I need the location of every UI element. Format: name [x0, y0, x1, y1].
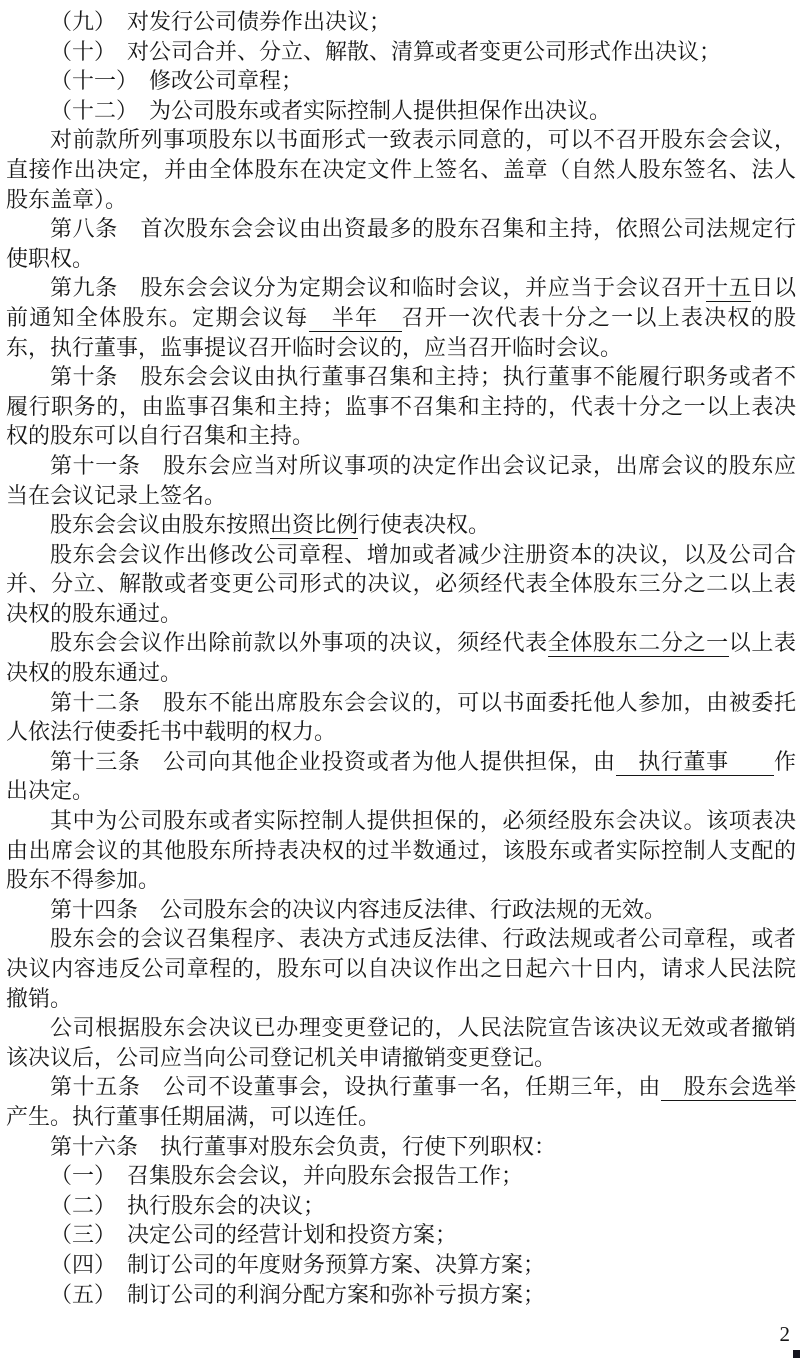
paragraph: 对前款所列事项股东以书面形式一致表示同意的，可以不召开股东会会议，直接作出决定，…	[6, 125, 796, 214]
underlined-blank: 股东会选举	[661, 1074, 796, 1101]
text-run: （二） 执行股东会的决议；	[50, 1193, 325, 1218]
text-run: 第十条 股东会会议由执行董事召集和主持；执行董事不能履行职务或者不履行职务的，由…	[6, 364, 796, 448]
list-item: （十二） 为公司股东或者实际控制人提供担保作出决议。	[6, 96, 796, 126]
text-run: （十） 对公司合并、分立、解散、清算或者变更公司形式作出决议；	[50, 39, 721, 64]
text-run: 股东会会议由股东按照	[50, 512, 270, 537]
text-run: 对前款所列事项股东以书面形式一致表示同意的，可以不召开股东会会议，直接作出决定，…	[6, 127, 796, 211]
underlined-blank: 全体股东二分之一	[548, 630, 729, 657]
text-run: （十一） 修改公司章程；	[50, 68, 303, 93]
paragraph: 第八条 首次股东会会议由出资最多的股东召集和主持，依照公司法规定行使职权。	[6, 214, 796, 273]
text-run: （九） 对发行公司债券作出决议；	[50, 9, 391, 34]
text-run: 公司根据股东会决议已办理变更登记的，人民法院宣告该决议无效或者撤销该决议后，公司…	[6, 1015, 796, 1070]
text-run: 第十五条 公司不设董事会，设执行董事一名，任期三年，由	[50, 1074, 661, 1099]
scan-artifact-mark	[793, 1350, 800, 1358]
text-run: 股东会的会议召集程序、表决方式违反法律、行政法规或者公司章程，或者决议内容违反公…	[6, 926, 796, 1010]
paragraph: 第十五条 公司不设董事会，设执行董事一名，任期三年，由 股东会选举产生。执行董事…	[6, 1072, 796, 1131]
text-run: 产生。执行董事任期届满，可以连任。	[6, 1104, 380, 1129]
text-run: 第十四条 公司股东会的决议内容违反法律、行政法规的无效。	[50, 897, 666, 922]
text-run: 第八条 首次股东会会议由出资最多的股东召集和主持，依照公司法规定行使职权。	[6, 216, 796, 271]
underlined-blank: 半年	[309, 305, 402, 332]
text-run: （四） 制订公司的年度财务预算方案、决算方案；	[50, 1252, 545, 1277]
paragraph: 公司根据股东会决议已办理变更登记的，人民法院宣告该决议无效或者撤销该决议后，公司…	[6, 1013, 796, 1072]
list-item: （五） 制订公司的利润分配方案和弥补亏损方案；	[6, 1280, 796, 1310]
list-item: （四） 制订公司的年度财务预算方案、决算方案；	[6, 1250, 796, 1280]
paragraph: 股东会的会议召集程序、表决方式违反法律、行政法规或者公司章程，或者决议内容违反公…	[6, 924, 796, 1013]
list-item: （三） 决定公司的经营计划和投资方案；	[6, 1220, 796, 1250]
paragraph: 股东会会议由股东按照出资比例行使表决权。	[6, 510, 796, 540]
text-run: 股东会会议作出除前款以外事项的决议，须经代表	[50, 630, 548, 655]
paragraphs: （九） 对发行公司债券作出决议；（十） 对公司合并、分立、解散、清算或者变更公司…	[6, 7, 796, 1309]
text-run: 其中为公司股东或者实际控制人提供担保的，必须经股东会决议。该项表决由出席会议的其…	[6, 808, 796, 892]
list-item: （十） 对公司合并、分立、解散、清算或者变更公司形式作出决议；	[6, 37, 796, 67]
paragraph: 第十六条 执行董事对股东会负责，行使下列职权：	[6, 1132, 796, 1162]
text-run: 第九条 股东会会议分为定期会议和临时会议，并应当于会议召开	[50, 275, 706, 300]
page-number: 2	[780, 1322, 791, 1347]
text-run: （五） 制订公司的利润分配方案和弥补亏损方案；	[50, 1282, 545, 1307]
underlined-blank: 执行董事	[616, 749, 774, 776]
text-run: 股东会会议作出修改公司章程、增加或者减少注册资本的决议，以及公司合并、分立、解散…	[6, 542, 796, 626]
text-run: 第十二条 股东不能出席股东会会议的，可以书面委托他人参加，由被委托人依法行使委托…	[6, 690, 796, 745]
paragraph: 第十四条 公司股东会的决议内容违反法律、行政法规的无效。	[6, 895, 796, 925]
paragraph: 第十三条 公司向其他企业投资或者为他人提供担保，由 执行董事 作出决定。	[6, 747, 796, 806]
text-run: 第十三条 公司向其他企业投资或者为他人提供担保，由	[50, 749, 616, 774]
text-run: （三） 决定公司的经营计划和投资方案；	[50, 1222, 457, 1247]
paragraph: 第十一条 股东会应当对所议事项的决定作出会议记录，出席会议的股东应当在会议记录上…	[6, 451, 796, 510]
underlined-blank: 十五	[706, 275, 751, 302]
paragraph: 其中为公司股东或者实际控制人提供担保的，必须经股东会决议。该项表决由出席会议的其…	[6, 806, 796, 895]
paragraph: 第十二条 股东不能出席股东会会议的，可以书面委托他人参加，由被委托人依法行使委托…	[6, 688, 796, 747]
text-run: 行使表决权。	[358, 512, 490, 537]
text-run: （一） 召集股东会会议，并向股东会报告工作；	[50, 1163, 523, 1188]
paragraph: 第十条 股东会会议由执行董事召集和主持；执行董事不能履行职务或者不履行职务的，由…	[6, 362, 796, 451]
text-run: 第十六条 执行董事对股东会负责，行使下列职权：	[50, 1134, 556, 1159]
text-run: 第十一条 股东会应当对所议事项的决定作出会议记录，出席会议的股东应当在会议记录上…	[6, 453, 796, 508]
paragraph: 第九条 股东会会议分为定期会议和临时会议，并应当于会议召开十五日以前通知全体股东…	[6, 273, 796, 362]
list-item: （十一） 修改公司章程；	[6, 66, 796, 96]
underlined-blank: 出资比例	[270, 512, 358, 539]
list-item: （二） 执行股东会的决议；	[6, 1191, 796, 1221]
paragraph: 股东会会议作出除前款以外事项的决议，须经代表全体股东二分之一以上表决权的股东通过…	[6, 628, 796, 687]
list-item: （九） 对发行公司债券作出决议；	[6, 7, 796, 37]
list-item: （一） 召集股东会会议，并向股东会报告工作；	[6, 1161, 796, 1191]
paragraph: 股东会会议作出修改公司章程、增加或者减少注册资本的决议，以及公司合并、分立、解散…	[6, 540, 796, 629]
text-run: （十二） 为公司股东或者实际控制人提供担保作出决议。	[50, 98, 611, 123]
document-page: （九） 对发行公司债券作出决议；（十） 对公司合并、分立、解散、清算或者变更公司…	[0, 0, 800, 1309]
